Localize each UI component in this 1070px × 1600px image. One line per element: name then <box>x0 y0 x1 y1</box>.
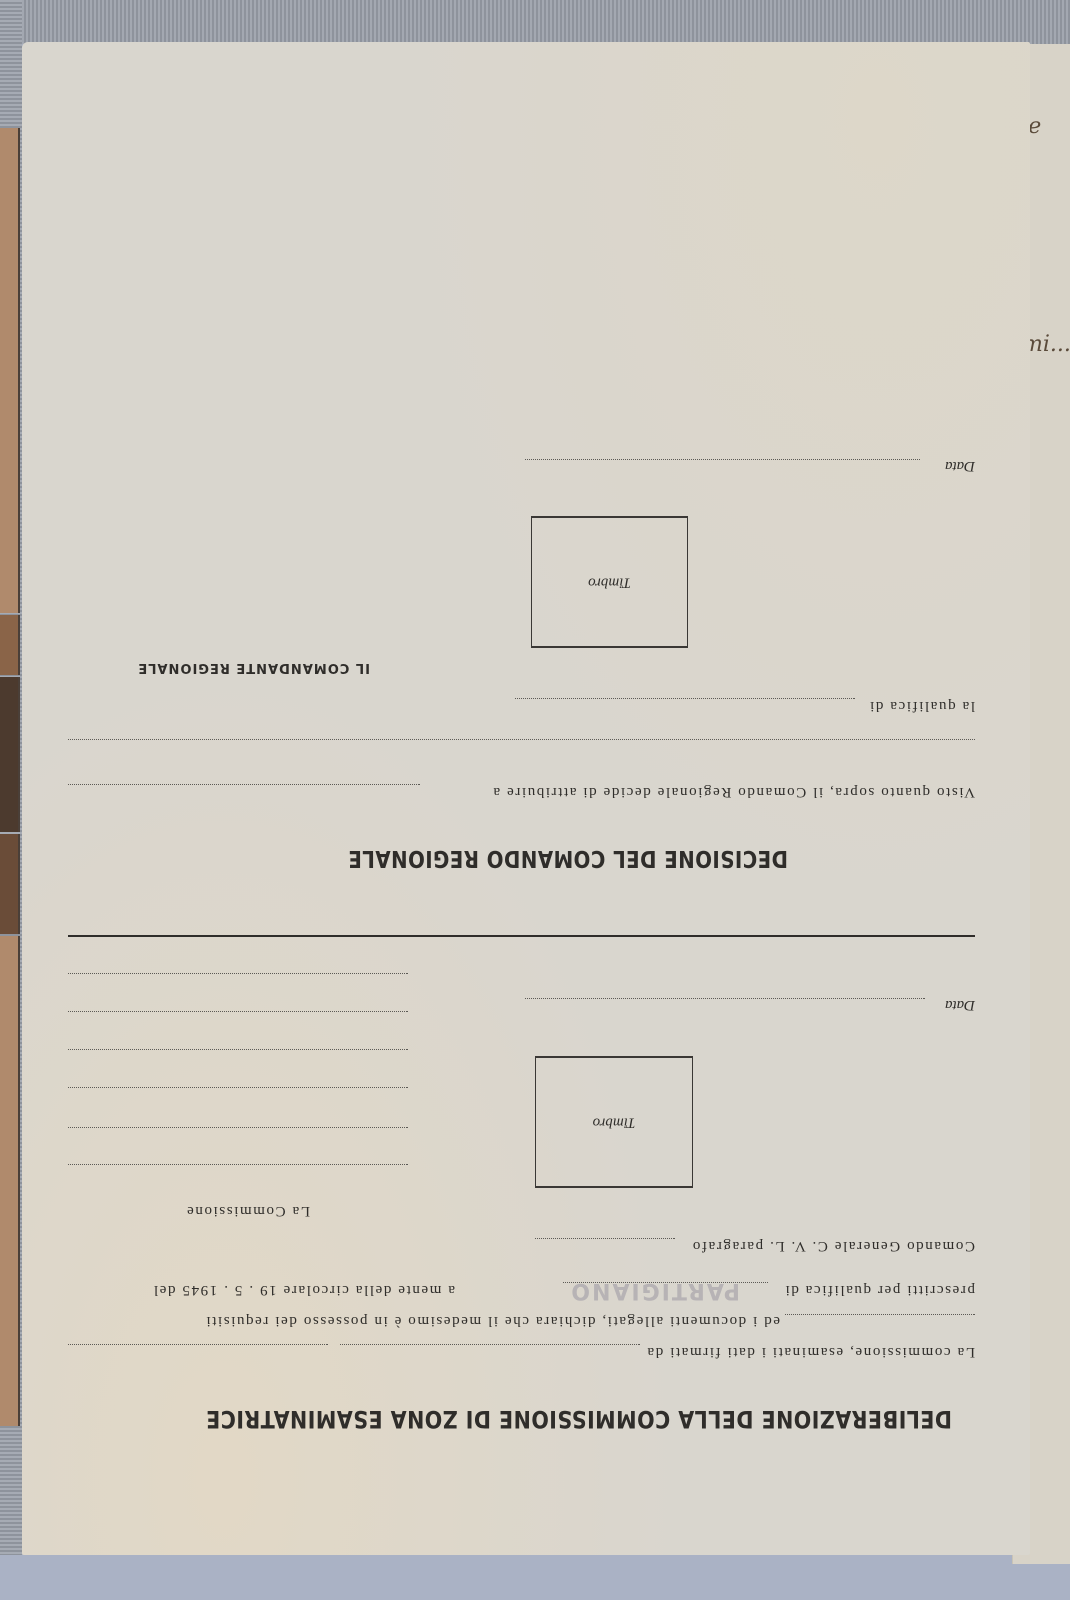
fabric-backdrop-top <box>0 0 1070 44</box>
document-title: DELIBERAZIONE DELLA COMMISSIONE DI ZONA … <box>206 1405 952 1433</box>
commission-line-4: Comando Generale C. V. L. paragrafo <box>691 1237 975 1254</box>
date-label-commission: Data <box>945 996 975 1013</box>
signature-line[interactable] <box>68 1011 408 1012</box>
signature-line[interactable] <box>68 1087 408 1088</box>
background-cloth <box>0 1555 1070 1600</box>
signature-line[interactable] <box>68 1164 408 1165</box>
binding-strip <box>0 128 20 613</box>
stamp-box-regional: Timbro <box>531 516 688 648</box>
field-firmati-da[interactable] <box>340 1344 640 1345</box>
stamp-box-commission: Timbro <box>535 1056 693 1188</box>
field-paragrafo[interactable] <box>535 1238 675 1239</box>
document-page-rotated: DELIBERAZIONE DELLA COMMISSIONE DI ZONA … <box>22 42 1030 1555</box>
field-attribuire-a[interactable] <box>68 784 420 785</box>
commission-line-2: ed i documenti allegati, dichiara che il… <box>205 1312 780 1329</box>
stamped-qualifica: PARTIGIANO <box>569 1278 740 1303</box>
signature-line[interactable] <box>68 1049 408 1050</box>
field-name[interactable] <box>785 1314 975 1315</box>
stamp-label: Timbro <box>536 1114 692 1131</box>
signature-line[interactable] <box>68 1127 408 1128</box>
qualifica-label: la qualifica di <box>869 697 975 714</box>
signature-line[interactable] <box>68 973 408 974</box>
commission-signature-label: La Commissione <box>186 1202 310 1219</box>
binding-strip <box>0 615 20 675</box>
date-field-regional[interactable] <box>525 459 920 460</box>
commission-line-3-right: a mente della circolare 19 . 5 . 1945 de… <box>152 1281 455 1298</box>
binding-strip <box>0 834 20 934</box>
regional-signature-label: IL COMANDANTE REGIONALE <box>137 660 370 675</box>
field-attribuire-a-2[interactable] <box>68 739 975 740</box>
binding-strip <box>0 677 20 832</box>
field-firmati-da-2[interactable] <box>68 1344 328 1345</box>
date-label-regional: Data <box>945 457 975 474</box>
date-field-commission[interactable] <box>525 998 925 999</box>
field-qualifica-regionale[interactable] <box>515 698 855 699</box>
document-sheet: DELIBERAZIONE DELLA COMMISSIONE DI ZONA … <box>22 42 1030 1555</box>
regional-line-1: Visto quanto sopra, il Comando Regionale… <box>492 783 975 800</box>
regional-heading: DECISIONE DEL COMANDO REGIONALE <box>348 845 788 871</box>
commission-line-3-left: prescritti per qualifica di <box>784 1281 975 1298</box>
section-divider <box>68 935 975 937</box>
stamp-label: Timbro <box>532 574 687 591</box>
commission-line-1: La commissione, esaminati i dati firmati… <box>646 1343 975 1360</box>
binding-strip <box>0 936 20 1426</box>
